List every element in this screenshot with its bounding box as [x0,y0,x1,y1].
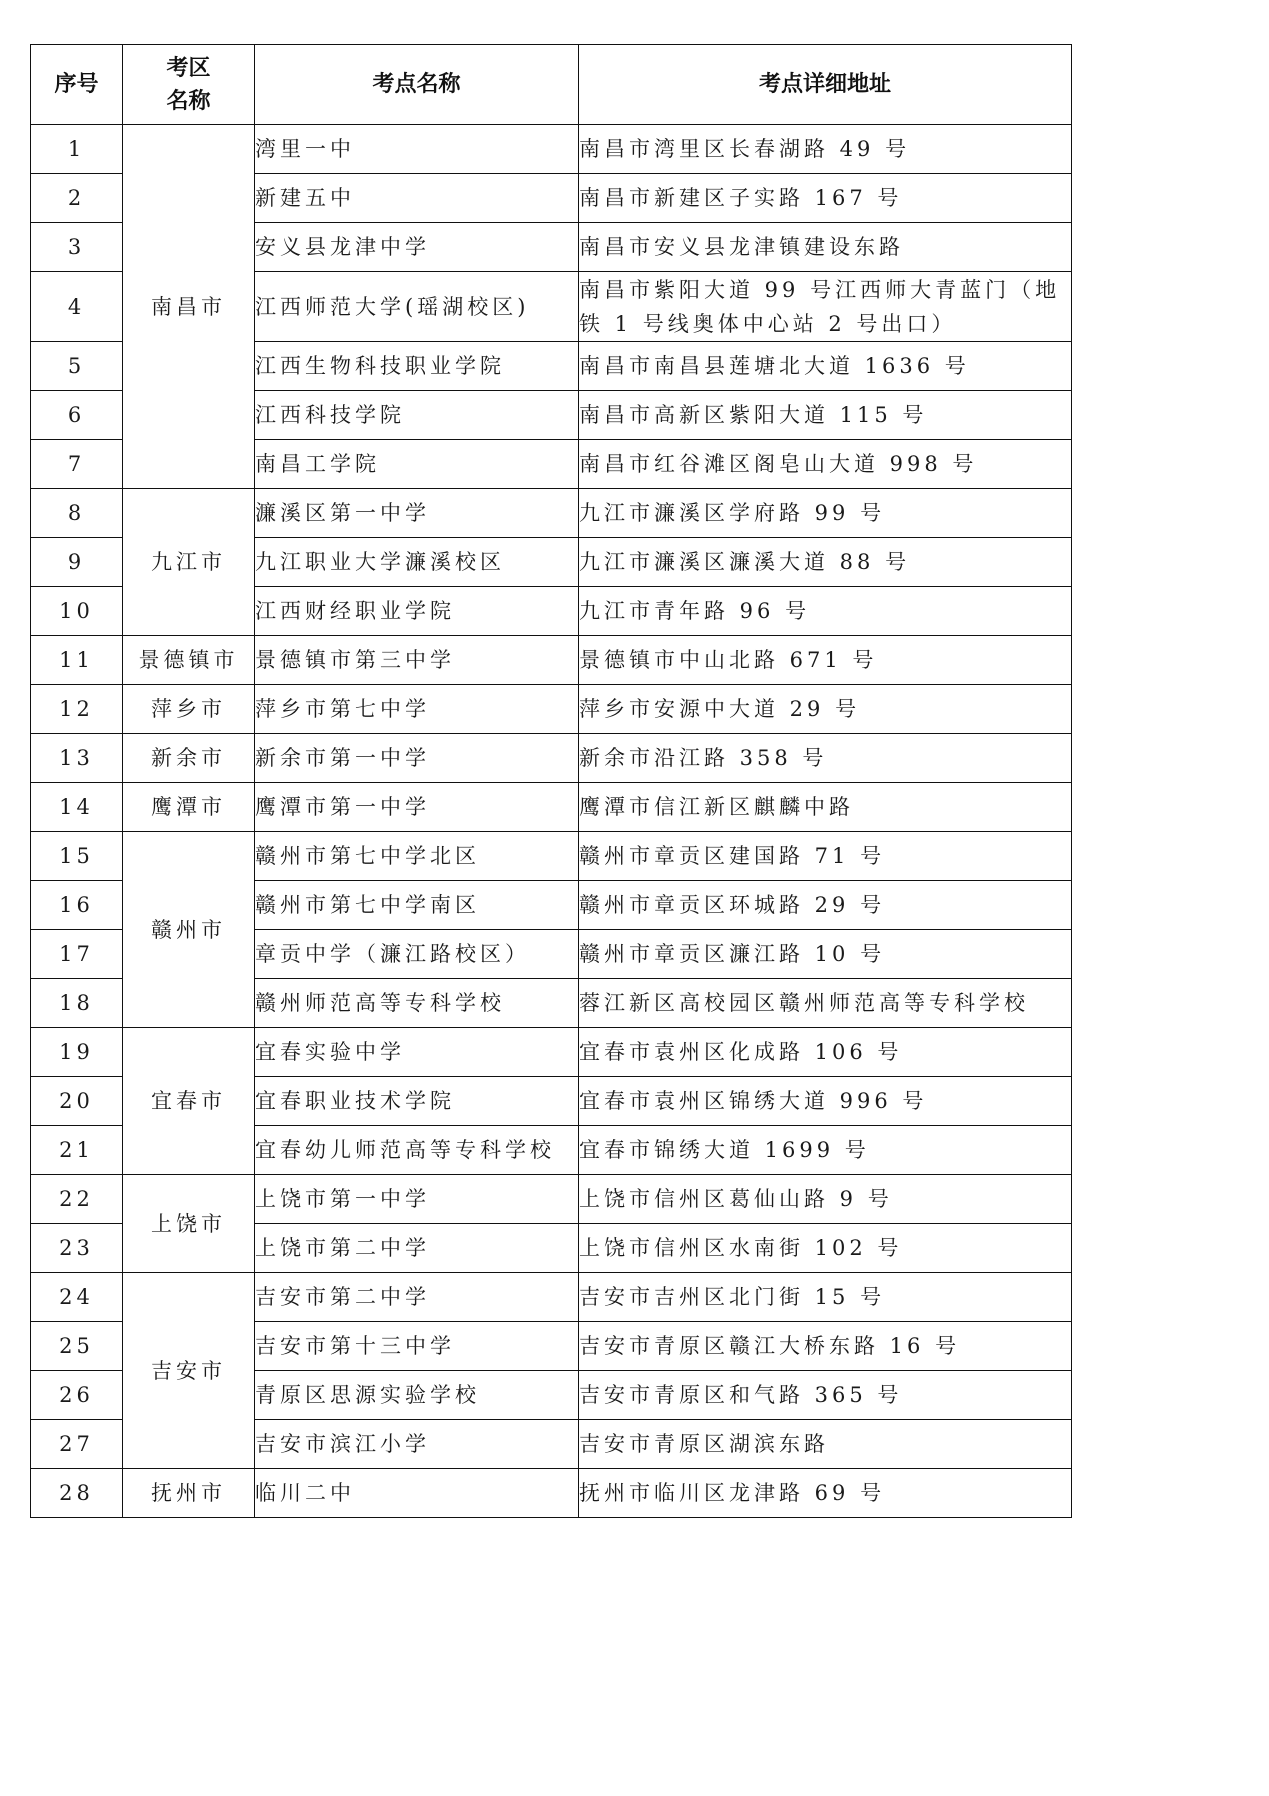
site-address-cell: 九江市濂溪区濂溪大道 88 号 [579,538,1072,587]
site-name-cell: 临川二中 [255,1469,579,1518]
site-address-cell: 吉安市青原区赣江大桥东路 16 号 [579,1322,1072,1371]
site-address-cell: 吉安市吉州区北门街 15 号 [579,1273,1072,1322]
site-address-cell: 南昌市南昌县莲塘北大道 1636 号 [579,342,1072,391]
site-name-cell: 江西财经职业学院 [255,587,579,636]
site-name-cell: 吉安市第二中学 [255,1273,579,1322]
site-address-cell: 南昌市紫阳大道 99 号江西师大青蓝门（地铁 1 号线奥体中心站 2 号出口） [579,272,1072,342]
exam-area-cell: 宜春市 [123,1028,255,1175]
site-address-cell: 南昌市安义县龙津镇建设东路 [579,223,1072,272]
site-address-cell: 宜春市锦绣大道 1699 号 [579,1126,1072,1175]
site-name-cell: 鹰潭市第一中学 [255,783,579,832]
serial-number-cell: 21 [31,1126,123,1175]
table-row: 15赣州市赣州市第七中学北区赣州市章贡区建国路 71 号 [31,832,1072,881]
header-serial-number: 序号 [31,45,123,125]
table-row: 1南昌市湾里一中南昌市湾里区长春湖路 49 号 [31,125,1072,174]
site-address-cell: 抚州市临川区龙津路 69 号 [579,1469,1072,1518]
serial-number-cell: 9 [31,538,123,587]
serial-number-cell: 2 [31,174,123,223]
site-address-cell: 景德镇市中山北路 671 号 [579,636,1072,685]
site-address-cell: 蓉江新区高校园区赣州师范高等专科学校 [579,979,1072,1028]
table-row: 24吉安市吉安市第二中学吉安市吉州区北门街 15 号 [31,1273,1072,1322]
site-name-cell: 章贡中学（濂江路校区） [255,930,579,979]
serial-number-cell: 10 [31,587,123,636]
header-site-name: 考点名称 [255,45,579,125]
site-name-cell: 上饶市第二中学 [255,1224,579,1273]
serial-number-cell: 13 [31,734,123,783]
serial-number-cell: 7 [31,440,123,489]
serial-number-cell: 14 [31,783,123,832]
serial-number-cell: 26 [31,1371,123,1420]
serial-number-cell: 27 [31,1420,123,1469]
site-name-cell: 宜春实验中学 [255,1028,579,1077]
serial-number-cell: 22 [31,1175,123,1224]
site-name-cell: 宜春幼儿师范高等专科学校 [255,1126,579,1175]
header-exam-area-line2: 名称 [123,85,254,118]
exam-area-cell: 抚州市 [123,1469,255,1518]
site-name-cell: 濂溪区第一中学 [255,489,579,538]
exam-area-cell: 吉安市 [123,1273,255,1469]
site-address-cell: 南昌市新建区子实路 167 号 [579,174,1072,223]
serial-number-cell: 5 [31,342,123,391]
site-address-cell: 萍乡市安源中大道 29 号 [579,685,1072,734]
serial-number-cell: 23 [31,1224,123,1273]
table-row: 22上饶市上饶市第一中学上饶市信州区葛仙山路 9 号 [31,1175,1072,1224]
site-name-cell: 安义县龙津中学 [255,223,579,272]
serial-number-cell: 1 [31,125,123,174]
header-exam-area: 考区 名称 [123,45,255,125]
table-row: 19宜春市宜春实验中学宜春市袁州区化成路 106 号 [31,1028,1072,1077]
site-name-cell: 青原区思源实验学校 [255,1371,579,1420]
site-name-cell: 新建五中 [255,174,579,223]
serial-number-cell: 12 [31,685,123,734]
site-address-cell: 吉安市青原区湖滨东路 [579,1420,1072,1469]
site-address-cell: 九江市青年路 96 号 [579,587,1072,636]
site-name-cell: 江西科技学院 [255,391,579,440]
serial-number-cell: 25 [31,1322,123,1371]
exam-sites-table: 序号 考区 名称 考点名称 考点详细地址 1南昌市湾里一中南昌市湾里区长春湖路 … [30,44,1072,1518]
site-address-cell: 上饶市信州区水南街 102 号 [579,1224,1072,1273]
site-name-cell: 湾里一中 [255,125,579,174]
serial-number-cell: 19 [31,1028,123,1077]
site-name-cell: 赣州市第七中学北区 [255,832,579,881]
exam-area-cell: 鹰潭市 [123,783,255,832]
serial-number-cell: 24 [31,1273,123,1322]
serial-number-cell: 16 [31,881,123,930]
site-name-cell: 新余市第一中学 [255,734,579,783]
site-name-cell: 萍乡市第七中学 [255,685,579,734]
header-site-address: 考点详细地址 [579,45,1072,125]
serial-number-cell: 8 [31,489,123,538]
exam-area-cell: 南昌市 [123,125,255,489]
site-name-cell: 赣州市第七中学南区 [255,881,579,930]
exam-area-cell: 赣州市 [123,832,255,1028]
site-address-cell: 南昌市湾里区长春湖路 49 号 [579,125,1072,174]
table-row: 13新余市新余市第一中学新余市沿江路 358 号 [31,734,1072,783]
serial-number-cell: 20 [31,1077,123,1126]
exam-area-cell: 九江市 [123,489,255,636]
table-body: 1南昌市湾里一中南昌市湾里区长春湖路 49 号2新建五中南昌市新建区子实路 16… [31,125,1072,1518]
serial-number-cell: 6 [31,391,123,440]
document-page: 序号 考区 名称 考点名称 考点详细地址 1南昌市湾里一中南昌市湾里区长春湖路 … [30,44,1072,1518]
table-header-row: 序号 考区 名称 考点名称 考点详细地址 [31,45,1072,125]
site-address-cell: 新余市沿江路 358 号 [579,734,1072,783]
serial-number-cell: 15 [31,832,123,881]
site-name-cell: 宜春职业技术学院 [255,1077,579,1126]
table-row: 14鹰潭市鹰潭市第一中学鹰潭市信江新区麒麟中路 [31,783,1072,832]
table-row: 11景德镇市景德镇市第三中学景德镇市中山北路 671 号 [31,636,1072,685]
site-name-cell: 上饶市第一中学 [255,1175,579,1224]
table-row: 28抚州市临川二中抚州市临川区龙津路 69 号 [31,1469,1072,1518]
site-address-cell: 赣州市章贡区濂江路 10 号 [579,930,1072,979]
site-address-cell: 南昌市高新区紫阳大道 115 号 [579,391,1072,440]
exam-area-cell: 新余市 [123,734,255,783]
site-address-cell: 赣州市章贡区环城路 29 号 [579,881,1072,930]
serial-number-cell: 11 [31,636,123,685]
site-address-cell: 南昌市红谷滩区阁皂山大道 998 号 [579,440,1072,489]
serial-number-cell: 4 [31,272,123,342]
site-name-cell: 九江职业大学濂溪校区 [255,538,579,587]
site-address-cell: 宜春市袁州区化成路 106 号 [579,1028,1072,1077]
serial-number-cell: 3 [31,223,123,272]
site-address-cell: 宜春市袁州区锦绣大道 996 号 [579,1077,1072,1126]
site-name-cell: 吉安市第十三中学 [255,1322,579,1371]
site-name-cell: 江西生物科技职业学院 [255,342,579,391]
site-address-cell: 赣州市章贡区建国路 71 号 [579,832,1072,881]
serial-number-cell: 18 [31,979,123,1028]
site-name-cell: 吉安市滨江小学 [255,1420,579,1469]
site-address-cell: 九江市濂溪区学府路 99 号 [579,489,1072,538]
table-row: 12萍乡市萍乡市第七中学萍乡市安源中大道 29 号 [31,685,1072,734]
exam-area-cell: 景德镇市 [123,636,255,685]
site-address-cell: 鹰潭市信江新区麒麟中路 [579,783,1072,832]
site-name-cell: 景德镇市第三中学 [255,636,579,685]
serial-number-cell: 17 [31,930,123,979]
site-address-cell: 吉安市青原区和气路 365 号 [579,1371,1072,1420]
site-name-cell: 南昌工学院 [255,440,579,489]
exam-area-cell: 萍乡市 [123,685,255,734]
header-exam-area-line1: 考区 [123,52,254,85]
table-row: 8九江市濂溪区第一中学九江市濂溪区学府路 99 号 [31,489,1072,538]
site-address-cell: 上饶市信州区葛仙山路 9 号 [579,1175,1072,1224]
serial-number-cell: 28 [31,1469,123,1518]
exam-area-cell: 上饶市 [123,1175,255,1273]
site-name-cell: 赣州师范高等专科学校 [255,979,579,1028]
site-name-cell: 江西师范大学(瑶湖校区) [255,272,579,342]
